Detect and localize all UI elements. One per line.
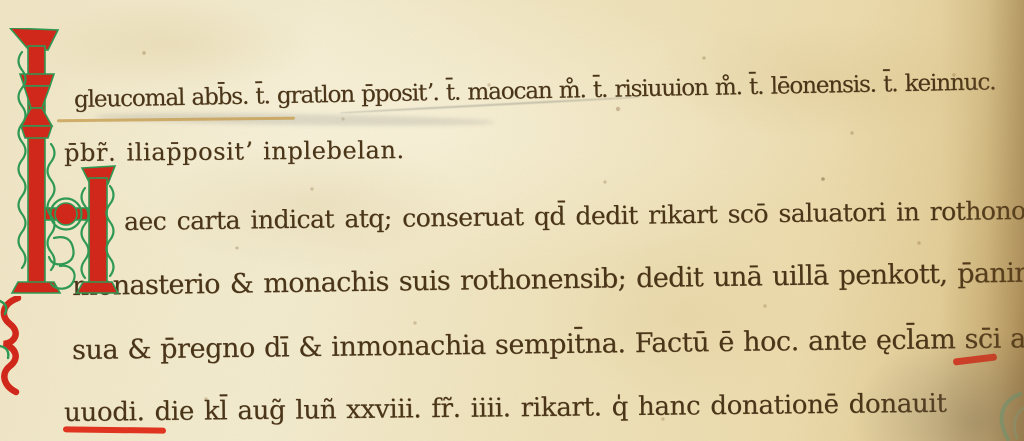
text-line-6: uuodi. die kl̄ aug̃ luñ xxviii. fr̃. iii… — [64, 391, 947, 426]
red-underline-ad — [953, 353, 998, 365]
text-line-1: gleucomal abb̄s. t̄. gratlon p̄positʼ. t… — [74, 71, 996, 112]
manuscript-page: gleucomal abb̄s. t̄. gratlon p̄positʼ. t… — [0, 0, 1024, 441]
margin-flourish — [0, 296, 28, 400]
red-underline-uuodi — [63, 426, 166, 433]
text-line-3: aec carta indicat atq; conseruat qd̄ ded… — [124, 198, 1024, 234]
illuminated-initial-h — [4, 28, 120, 294]
text-line-4: monasterio & monachis suis rothonensib; … — [72, 259, 1024, 300]
parchment-stain — [540, 230, 820, 400]
ink-speckles — [0, 0, 2, 2]
text-line-5: sua & p̄regno dī & inmonachia sempit̄na.… — [72, 325, 1024, 364]
corner-green-flourish — [988, 392, 1024, 441]
